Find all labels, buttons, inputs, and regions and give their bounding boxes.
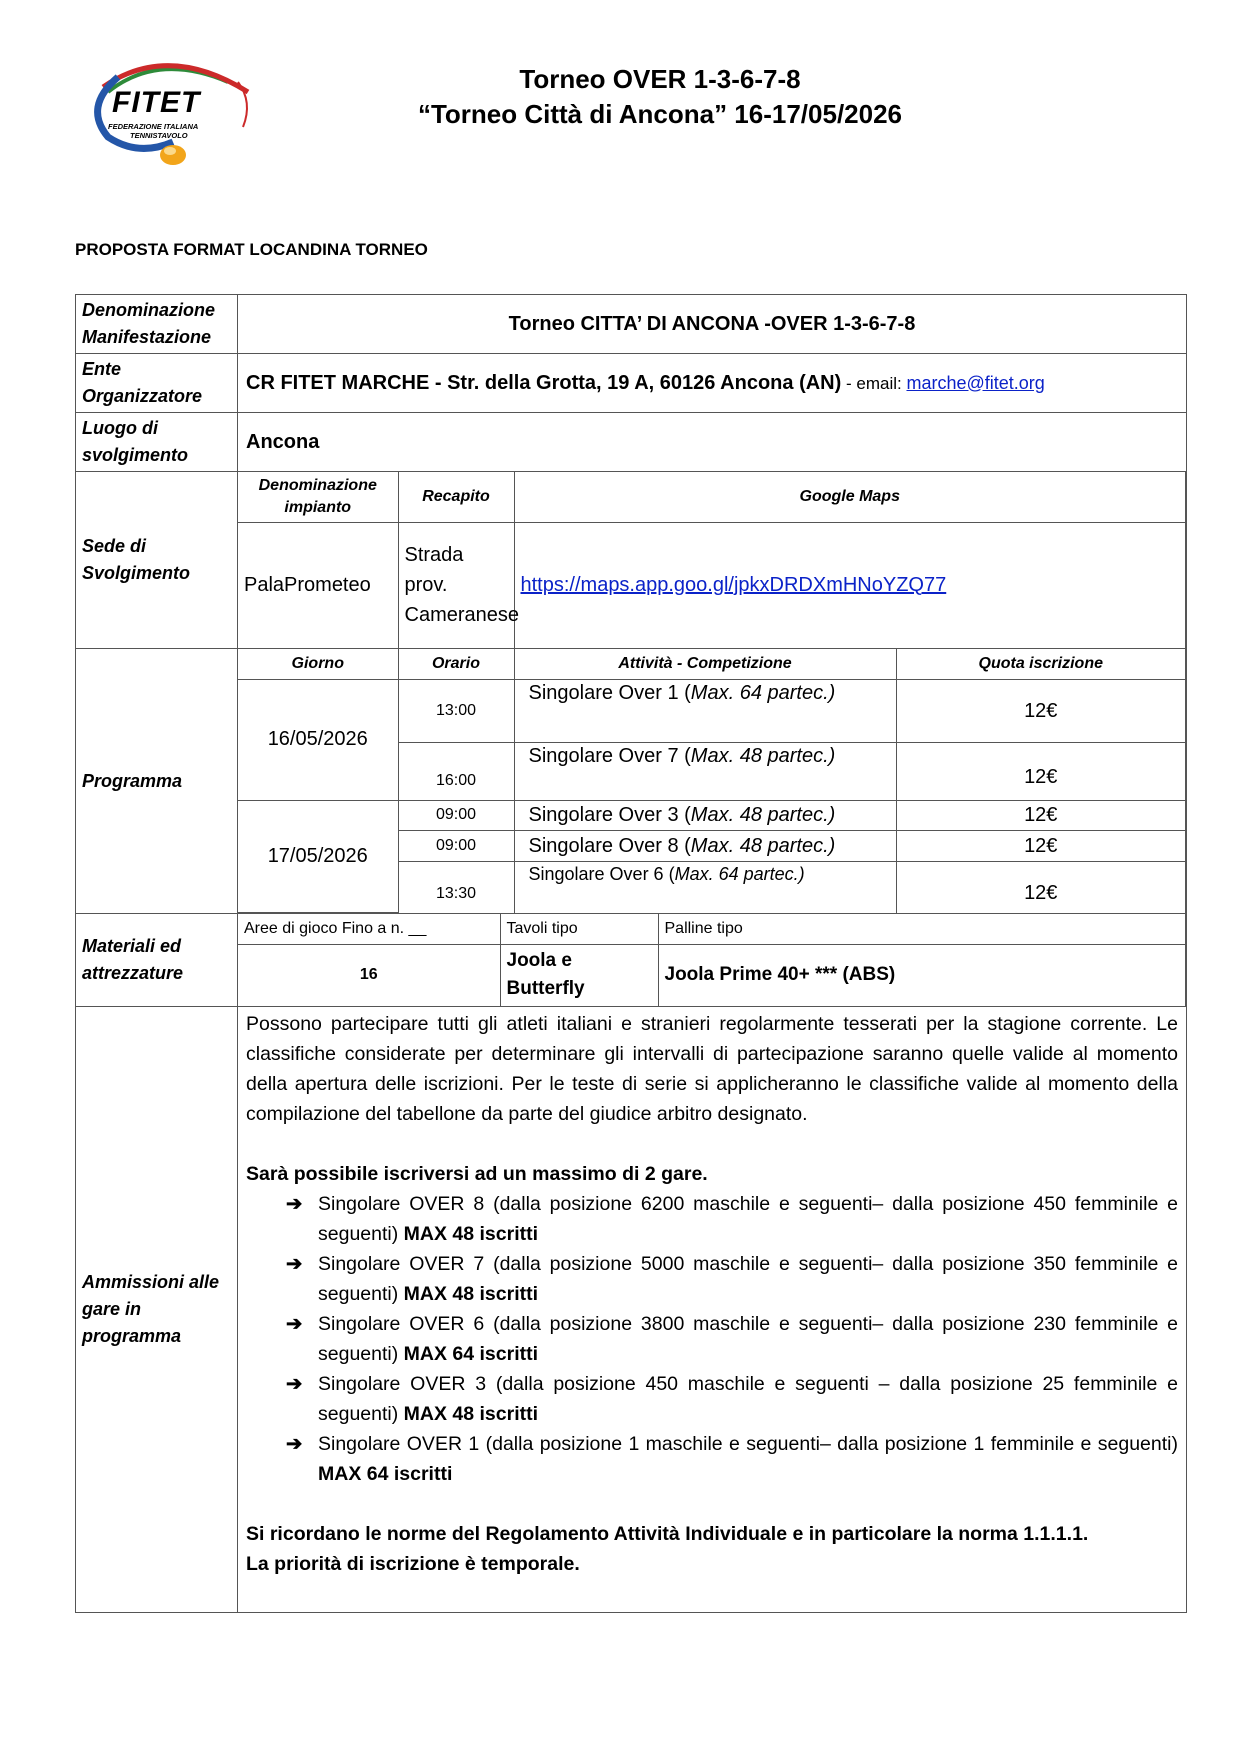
- event-activity: Singolare Over 3 (Max. 48 partec.): [514, 800, 896, 831]
- logo-line1: FEDERAZIONE ITALIANA: [108, 122, 198, 131]
- row-denominazione: Denominazione Manifestazione Torneo CITT…: [76, 295, 1187, 354]
- arrow-right-icon: ➔: [286, 1429, 302, 1459]
- day-date: 17/05/2026: [238, 800, 398, 912]
- row-programma: Programma Giorno Orario Attività - Compe…: [76, 649, 1187, 914]
- schedule-row: 16/05/2026 13:00 Singolare Over 1 (Max. …: [238, 680, 1186, 743]
- row-luogo: Luogo di svolgimento Ancona: [76, 413, 1187, 472]
- title-line-2: “Torneo Città di Ancona” 16-17/05/2026: [380, 97, 940, 132]
- header-tavoli: Tavoli tipo: [500, 914, 658, 944]
- value-recapito: Strada prov. Cameranese: [398, 522, 514, 648]
- header-attivita: Attività - Competizione: [514, 649, 896, 680]
- event-activity: Singolare Over 7 (Max. 48 partec.): [514, 743, 896, 800]
- schedule-table: Giorno Orario Attività - Competizione Qu…: [238, 649, 1186, 913]
- event-activity: Singolare Over 1 (Max. 64 partec.): [514, 680, 896, 743]
- label-materiali: Materiali ed attrezzature: [76, 914, 238, 1007]
- event-fee: 12€: [896, 680, 1186, 743]
- event-fee: 12€: [896, 831, 1186, 862]
- header-impianto: Denominazione impianto: [238, 472, 398, 522]
- fitet-logo: FITET FEDERAZIONE ITALIANA TENNISTAVOLO: [78, 52, 258, 172]
- ammissioni-intro: Possono partecipare tutti gli atleti ita…: [246, 1009, 1178, 1129]
- logo-line2: TENNISTAVOLO: [130, 131, 188, 140]
- admission-item: ➔Singolare OVER 6 (dalla posizione 3800 …: [286, 1309, 1178, 1369]
- programma-cell: Giorno Orario Attività - Competizione Qu…: [238, 649, 1187, 914]
- header-maps: Google Maps: [514, 472, 1186, 522]
- title-line-1: Torneo OVER 1-3-6-7-8: [380, 62, 940, 97]
- admission-item: ➔Singolare OVER 8 (dalla posizione 6200 …: [286, 1189, 1178, 1249]
- schedule-row: 17/05/2026 09:00 Singolare Over 3 (Max. …: [238, 800, 1186, 831]
- label-luogo: Luogo di svolgimento: [76, 413, 238, 472]
- admission-item: ➔Singolare OVER 7 (dalla posizione 5000 …: [286, 1249, 1178, 1309]
- row-ammissioni: Ammissioni alle gare in programma Posson…: [76, 1007, 1187, 1613]
- header-aree: Aree di gioco Fino a n. __: [238, 914, 500, 944]
- event-activity: Singolare Over 6 (Max. 64 partec.): [514, 861, 896, 912]
- event-fee: 12€: [896, 861, 1186, 912]
- max-gare-note: Sarà possibile iscriversi ad un massimo …: [246, 1159, 1178, 1189]
- priority-note: La priorità di iscrizione è temporale.: [246, 1549, 1178, 1579]
- event-fee: 12€: [896, 743, 1186, 800]
- ente-address: CR FITET MARCHE - Str. della Grotta, 19 …: [246, 372, 841, 394]
- value-palline: Joola Prime 40+ *** (ABS): [658, 944, 1186, 1006]
- admission-item: ➔Singolare OVER 3 (dalla posizione 450 m…: [286, 1369, 1178, 1429]
- value-impianto: PalaPrometeo: [238, 522, 398, 648]
- value-ente: CR FITET MARCHE - Str. della Grotta, 19 …: [238, 354, 1187, 413]
- header-orario: Orario: [398, 649, 514, 680]
- regulation-note: Si ricordano le norme del Regolamento At…: [246, 1519, 1178, 1549]
- arrow-right-icon: ➔: [286, 1249, 302, 1279]
- email-link[interactable]: marche@fitet.org: [906, 373, 1044, 393]
- arrow-right-icon: ➔: [286, 1189, 302, 1219]
- row-materiali: Materiali ed attrezzature Aree di gioco …: [76, 914, 1187, 1007]
- day-date: 16/05/2026: [238, 680, 398, 801]
- event-time: 13:00: [398, 680, 514, 743]
- header-quota: Quota iscrizione: [896, 649, 1186, 680]
- maps-cell: https://maps.app.goo.gl/jpkxDRDXmHNoYZQ7…: [514, 522, 1186, 648]
- event-time: 13:30: [398, 861, 514, 912]
- arrow-right-icon: ➔: [286, 1369, 302, 1399]
- value-denominazione: Torneo CITTA’ DI ANCONA -OVER 1-3-6-7-8: [238, 295, 1187, 354]
- materiali-cell: Aree di gioco Fino a n. __ Tavoli tipo P…: [238, 914, 1187, 1007]
- admission-item: ➔Singolare OVER 1 (dalla posizione 1 mas…: [286, 1429, 1178, 1489]
- email-label: - email:: [841, 374, 906, 393]
- doc-heading: PROPOSTA FORMAT LOCANDINA TORNEO: [75, 240, 428, 260]
- value-luogo: Ancona: [238, 413, 1187, 472]
- sede-table: Denominazione impianto Recapito Google M…: [238, 472, 1186, 648]
- label-denominazione: Denominazione Manifestazione: [76, 295, 238, 354]
- arrow-right-icon: ➔: [286, 1309, 302, 1339]
- event-time: 16:00: [398, 743, 514, 800]
- tournament-info-table: Denominazione Manifestazione Torneo CITT…: [75, 294, 1187, 1613]
- event-activity: Singolare Over 8 (Max. 48 partec.): [514, 831, 896, 862]
- event-fee: 12€: [896, 800, 1186, 831]
- ammissioni-content: Possono partecipare tutti gli atleti ita…: [238, 1007, 1187, 1613]
- header-giorno: Giorno: [238, 649, 398, 680]
- value-aree: 16: [238, 944, 500, 1006]
- materials-table: Aree di gioco Fino a n. __ Tavoli tipo P…: [238, 914, 1186, 1006]
- maps-link[interactable]: https://maps.app.goo.gl/jpkxDRDXmHNoYZQ7…: [521, 574, 947, 596]
- document-title: Torneo OVER 1-3-6-7-8 “Torneo Città di A…: [380, 62, 940, 132]
- header-recapito: Recapito: [398, 472, 514, 522]
- header-palline: Palline tipo: [658, 914, 1186, 944]
- event-time: 09:00: [398, 800, 514, 831]
- value-tavoli: Joola e Butterfly: [500, 944, 658, 1006]
- event-time: 09:00: [398, 831, 514, 862]
- row-sede: Sede di Svolgimento Denominazione impian…: [76, 472, 1187, 649]
- label-ammissioni: Ammissioni alle gare in programma: [76, 1007, 238, 1613]
- admission-list: ➔Singolare OVER 8 (dalla posizione 6200 …: [246, 1189, 1178, 1489]
- label-sede: Sede di Svolgimento: [76, 472, 238, 649]
- logo-brand: FITET: [112, 86, 200, 120]
- label-ente: Ente Organizzatore: [76, 354, 238, 413]
- label-programma: Programma: [76, 649, 238, 914]
- sede-cell: Denominazione impianto Recapito Google M…: [238, 472, 1187, 649]
- row-ente: Ente Organizzatore CR FITET MARCHE - Str…: [76, 354, 1187, 413]
